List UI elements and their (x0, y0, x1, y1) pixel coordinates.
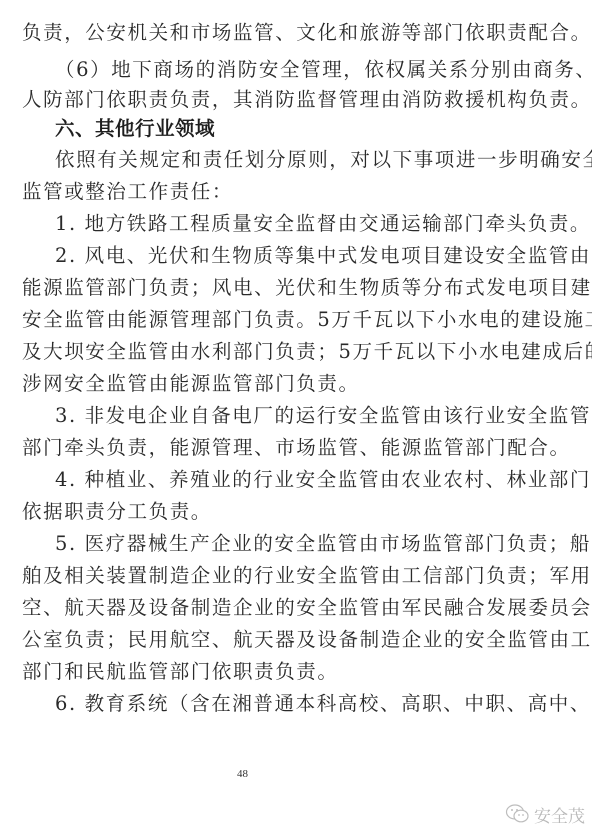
text-line: 舶及相关装置制造企业的行业安全监管由工信部门负责；军用航 (22, 561, 467, 591)
text-line: 人防部门依职责负责，其消防监督管理由消防救援机构负责。 (22, 85, 467, 115)
text-line: 及大坝安全监管由水利部门负责；5万千瓦以下小水电建成后的 (22, 337, 467, 367)
text-line: 部门牵头负责，能源管理、市场监管、能源监管部门配合。 (22, 433, 467, 463)
list-item: 5. 医疗器械生产企业的安全监管由市场监管部门负责；船 (55, 529, 500, 559)
text-line: 安全监管由能源管理部门负责。5万千瓦以下小水电的建设施工 (22, 305, 467, 335)
list-item: 6. 教育系统（含在湘普通本科高校、高职、中职、高中、 (55, 689, 500, 719)
text-line: 监管或整治工作责任： (22, 177, 467, 207)
text-line: 涉网安全监管由能源监管部门负责。 (22, 369, 467, 399)
text-line: （6）地下商场的消防安全管理，依权属关系分别由商务、 (55, 55, 500, 85)
document-page: 负责，公安机关和市场监管、文化和旅游等部门依职责配合。 （6）地下商场的消防安全… (0, 0, 592, 835)
text-line: 空、航天器及设备制造企业的安全监管由军民融合发展委员会办 (22, 593, 467, 623)
text-line: 部门和民航监管部门依职责负责。 (22, 657, 467, 687)
list-item: 3. 非发电企业自备电厂的运行安全监管由该行业安全监管 (55, 401, 500, 431)
text-line: 能源监管部门负责；风电、光伏和生物质等分布式发电项目建设 (22, 273, 467, 303)
watermark-text: 安全茂 (534, 802, 585, 827)
text-line: 负责，公安机关和市场监管、文化和旅游等部门依职责配合。 (22, 18, 467, 48)
wechat-icon (505, 803, 531, 825)
text-line: 依据职责分工负责。 (22, 497, 467, 527)
text-line: 公室负责；民用航空、航天器及设备制造企业的安全监管由工信 (22, 625, 467, 655)
text-line: 依照有关规定和责任划分原则，对以下事项进一步明确安全 (55, 145, 500, 175)
list-item: 4. 种植业、养殖业的行业安全监管由农业农村、林业部门 (55, 465, 500, 495)
list-item: 2. 风电、光伏和生物质等集中式发电项目建设安全监管由 (55, 241, 500, 271)
section-heading: 六、其他行业领域 (55, 114, 500, 144)
watermark: 安全茂 (505, 800, 585, 828)
page-number: 48 (237, 768, 248, 780)
list-item: 1. 地方铁路工程质量安全监督由交通运输部门牵头负责。 (55, 209, 500, 239)
